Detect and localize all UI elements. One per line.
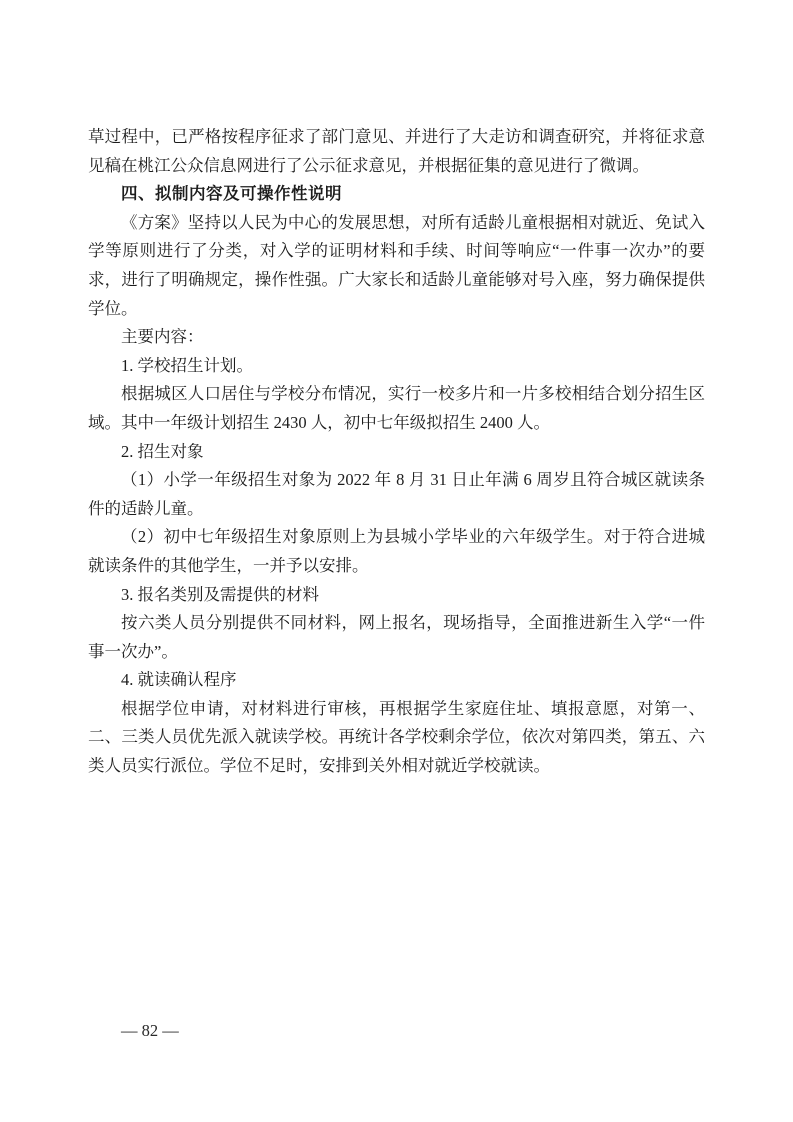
paragraph: （2）初中七年级招生对象原则上为县城小学毕业的六年级学生。对于符合进城就读条件的… <box>88 523 705 580</box>
document-body: 草过程中，已严格按程序征求了部门意见、并进行了大走访和调查研究，并将征求意见稿在… <box>88 123 705 781</box>
paragraph: 1. 学校招生计划。 <box>88 352 705 381</box>
paragraph: 根据城区人口居住与学校分布情况，实行一校多片和一片多校相结合划分招生区域。其中一… <box>88 380 705 437</box>
paragraph: 4. 就读确认程序 <box>88 666 705 695</box>
paragraph: 主要内容： <box>88 323 705 352</box>
paragraph: 草过程中，已严格按程序征求了部门意见、并进行了大走访和调查研究，并将征求意见稿在… <box>88 123 705 180</box>
paragraph: （1）小学一年级招生对象为 2022 年 8 月 31 日止年满 6 周岁且符合… <box>88 466 705 523</box>
paragraph: 3. 报名类别及需提供的材料 <box>88 581 705 610</box>
paragraph: 《方案》坚持以人民为中心的发展思想，对所有适龄儿童根据相对就近、免试入学等原则进… <box>88 209 705 323</box>
paragraph: 2. 招生对象 <box>88 438 705 467</box>
paragraph: 根据学位申请，对材料进行审核，再根据学生家庭住址、填报意愿，对第一、二、三类人员… <box>88 695 705 781</box>
paragraph: 按六类人员分别提供不同材料，网上报名，现场指导，全面推进新生入学“一件事一次办”… <box>88 609 705 666</box>
section-heading: 四、拟制内容及可操作性说明 <box>88 180 705 209</box>
document-page: 草过程中，已严格按程序征求了部门意见、并进行了大走访和调查研究，并将征求意见稿在… <box>0 0 793 1122</box>
page-number: — 82 — <box>88 1017 179 1046</box>
